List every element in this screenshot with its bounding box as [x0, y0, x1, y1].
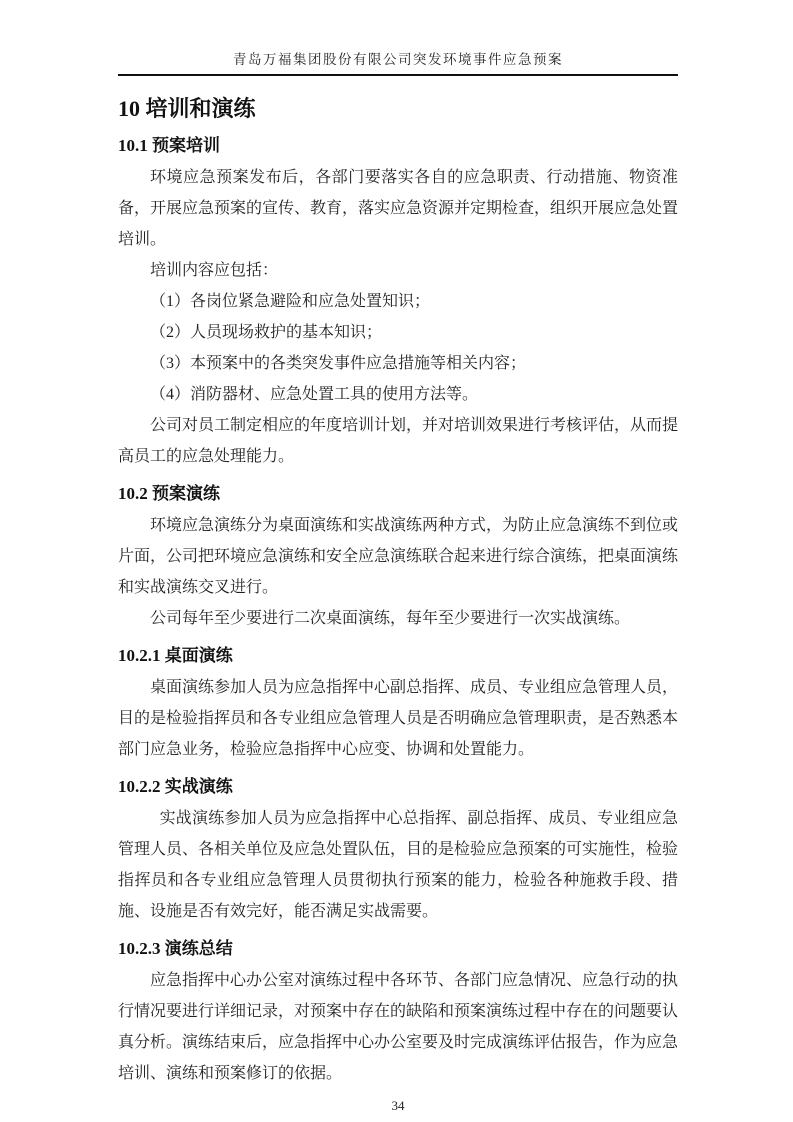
- paragraph-drill-types: 环境应急演练分为桌面演练和实战演练两种方式，为防止应急演练不到位或片面，公司把环…: [118, 510, 678, 603]
- list-item-training-4: （4）消防器材、应急处置工具的使用方法等。: [118, 379, 678, 410]
- section-heading-10-2-2: 10.2.2 实战演练: [118, 774, 678, 799]
- paragraph-tabletop-drill: 桌面演练参加人员为应急指挥中心副总指挥、成员、专业组应急管理人员，目的是检验指挥…: [118, 672, 678, 765]
- paragraph-training-assessment: 公司对员工制定相应的年度培训计划，并对培训效果进行考核评估，从而提高员工的应急处…: [118, 410, 678, 472]
- section-heading-10-2-3: 10.2.3 演练总结: [118, 936, 678, 961]
- chapter-title: 10 培训和演练: [118, 94, 678, 124]
- list-item-training-2: （2）人员现场救护的基本知识；: [118, 317, 678, 348]
- list-item-training-1: （1）各岗位紧急避险和应急处置知识；: [118, 286, 678, 317]
- paragraph-field-drill: 实战演练参加人员为应急指挥中心总指挥、副总指挥、成员、专业组应急管理人员、各相关…: [118, 803, 678, 927]
- paragraph-plan-training-overview: 环境应急预案发布后，各部门要落实各自的应急职责、行动措施、物资准备，开展应急预案…: [118, 162, 678, 255]
- paragraph-drill-frequency: 公司每年至少要进行二次桌面演练，每年至少要进行一次实战演练。: [118, 603, 678, 634]
- paragraph-drill-summary: 应急指挥中心办公室对演练过程中各环节、各部门应急情况、应急行动的执行情况要进行详…: [118, 965, 678, 1089]
- section-heading-10-2-1: 10.2.1 桌面演练: [118, 643, 678, 668]
- section-heading-10-2: 10.2 预案演练: [118, 481, 678, 506]
- page-footer: 34: [118, 1097, 678, 1115]
- paragraph-training-content-intro: 培训内容应包括：: [118, 255, 678, 286]
- list-item-training-3: （3）本预案中的各类突发事件应急措施等相关内容；: [118, 348, 678, 379]
- page-header: 青岛万福集团股份有限公司突发环境事件应急预案: [118, 0, 678, 76]
- document-page: 青岛万福集团股份有限公司突发环境事件应急预案 10 培训和演练 10.1 预案培…: [0, 0, 793, 1122]
- section-heading-10-1: 10.1 预案培训: [118, 133, 678, 158]
- header-title: 青岛万福集团股份有限公司突发环境事件应急预案: [233, 52, 563, 67]
- page-number: 34: [392, 1098, 405, 1113]
